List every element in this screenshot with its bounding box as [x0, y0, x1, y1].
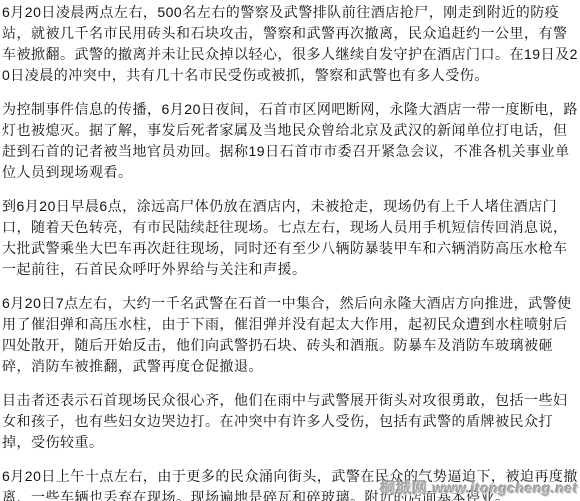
article-body: 6月20日凌晨两点左右，500名左右的警察及武警排队前往酒店抢尸，刚走到附近的防…	[0, 0, 578, 501]
paragraph-6: 6月20日上午十点左右，由于更多的民众涌向街头，武警在民众的气势逼迫下，被迫再度…	[2, 466, 578, 501]
paragraph-5: 目击者还表示石首现场民众很心齐，他们在雨中与武警展开街头对攻很勇敢，包括一些妇女…	[2, 390, 578, 453]
paragraph-1: 6月20日凌晨两点左右，500名左右的警察及武警排队前往酒店抢尸，刚走到附近的防…	[2, 2, 578, 86]
paragraph-2: 为控制事件信息的传播，6月20日夜间，石首市区网吧断网，永隆大酒店一带一度断电，…	[2, 99, 578, 183]
paragraph-3: 到6月20日早晨6点，涂远高尸体仍放在酒店内，未被抢走，现场仍有上千人堵住酒店门…	[2, 196, 578, 280]
article-page: 6月20日凌晨两点左右，500名左右的警察及武警排队前往酒店抢尸，刚走到附近的防…	[0, 0, 580, 501]
paragraph-4: 6月20日7点左右，大约一千名武警在石首一中集合，然后向永隆大酒店方向推进，武警…	[2, 293, 578, 377]
